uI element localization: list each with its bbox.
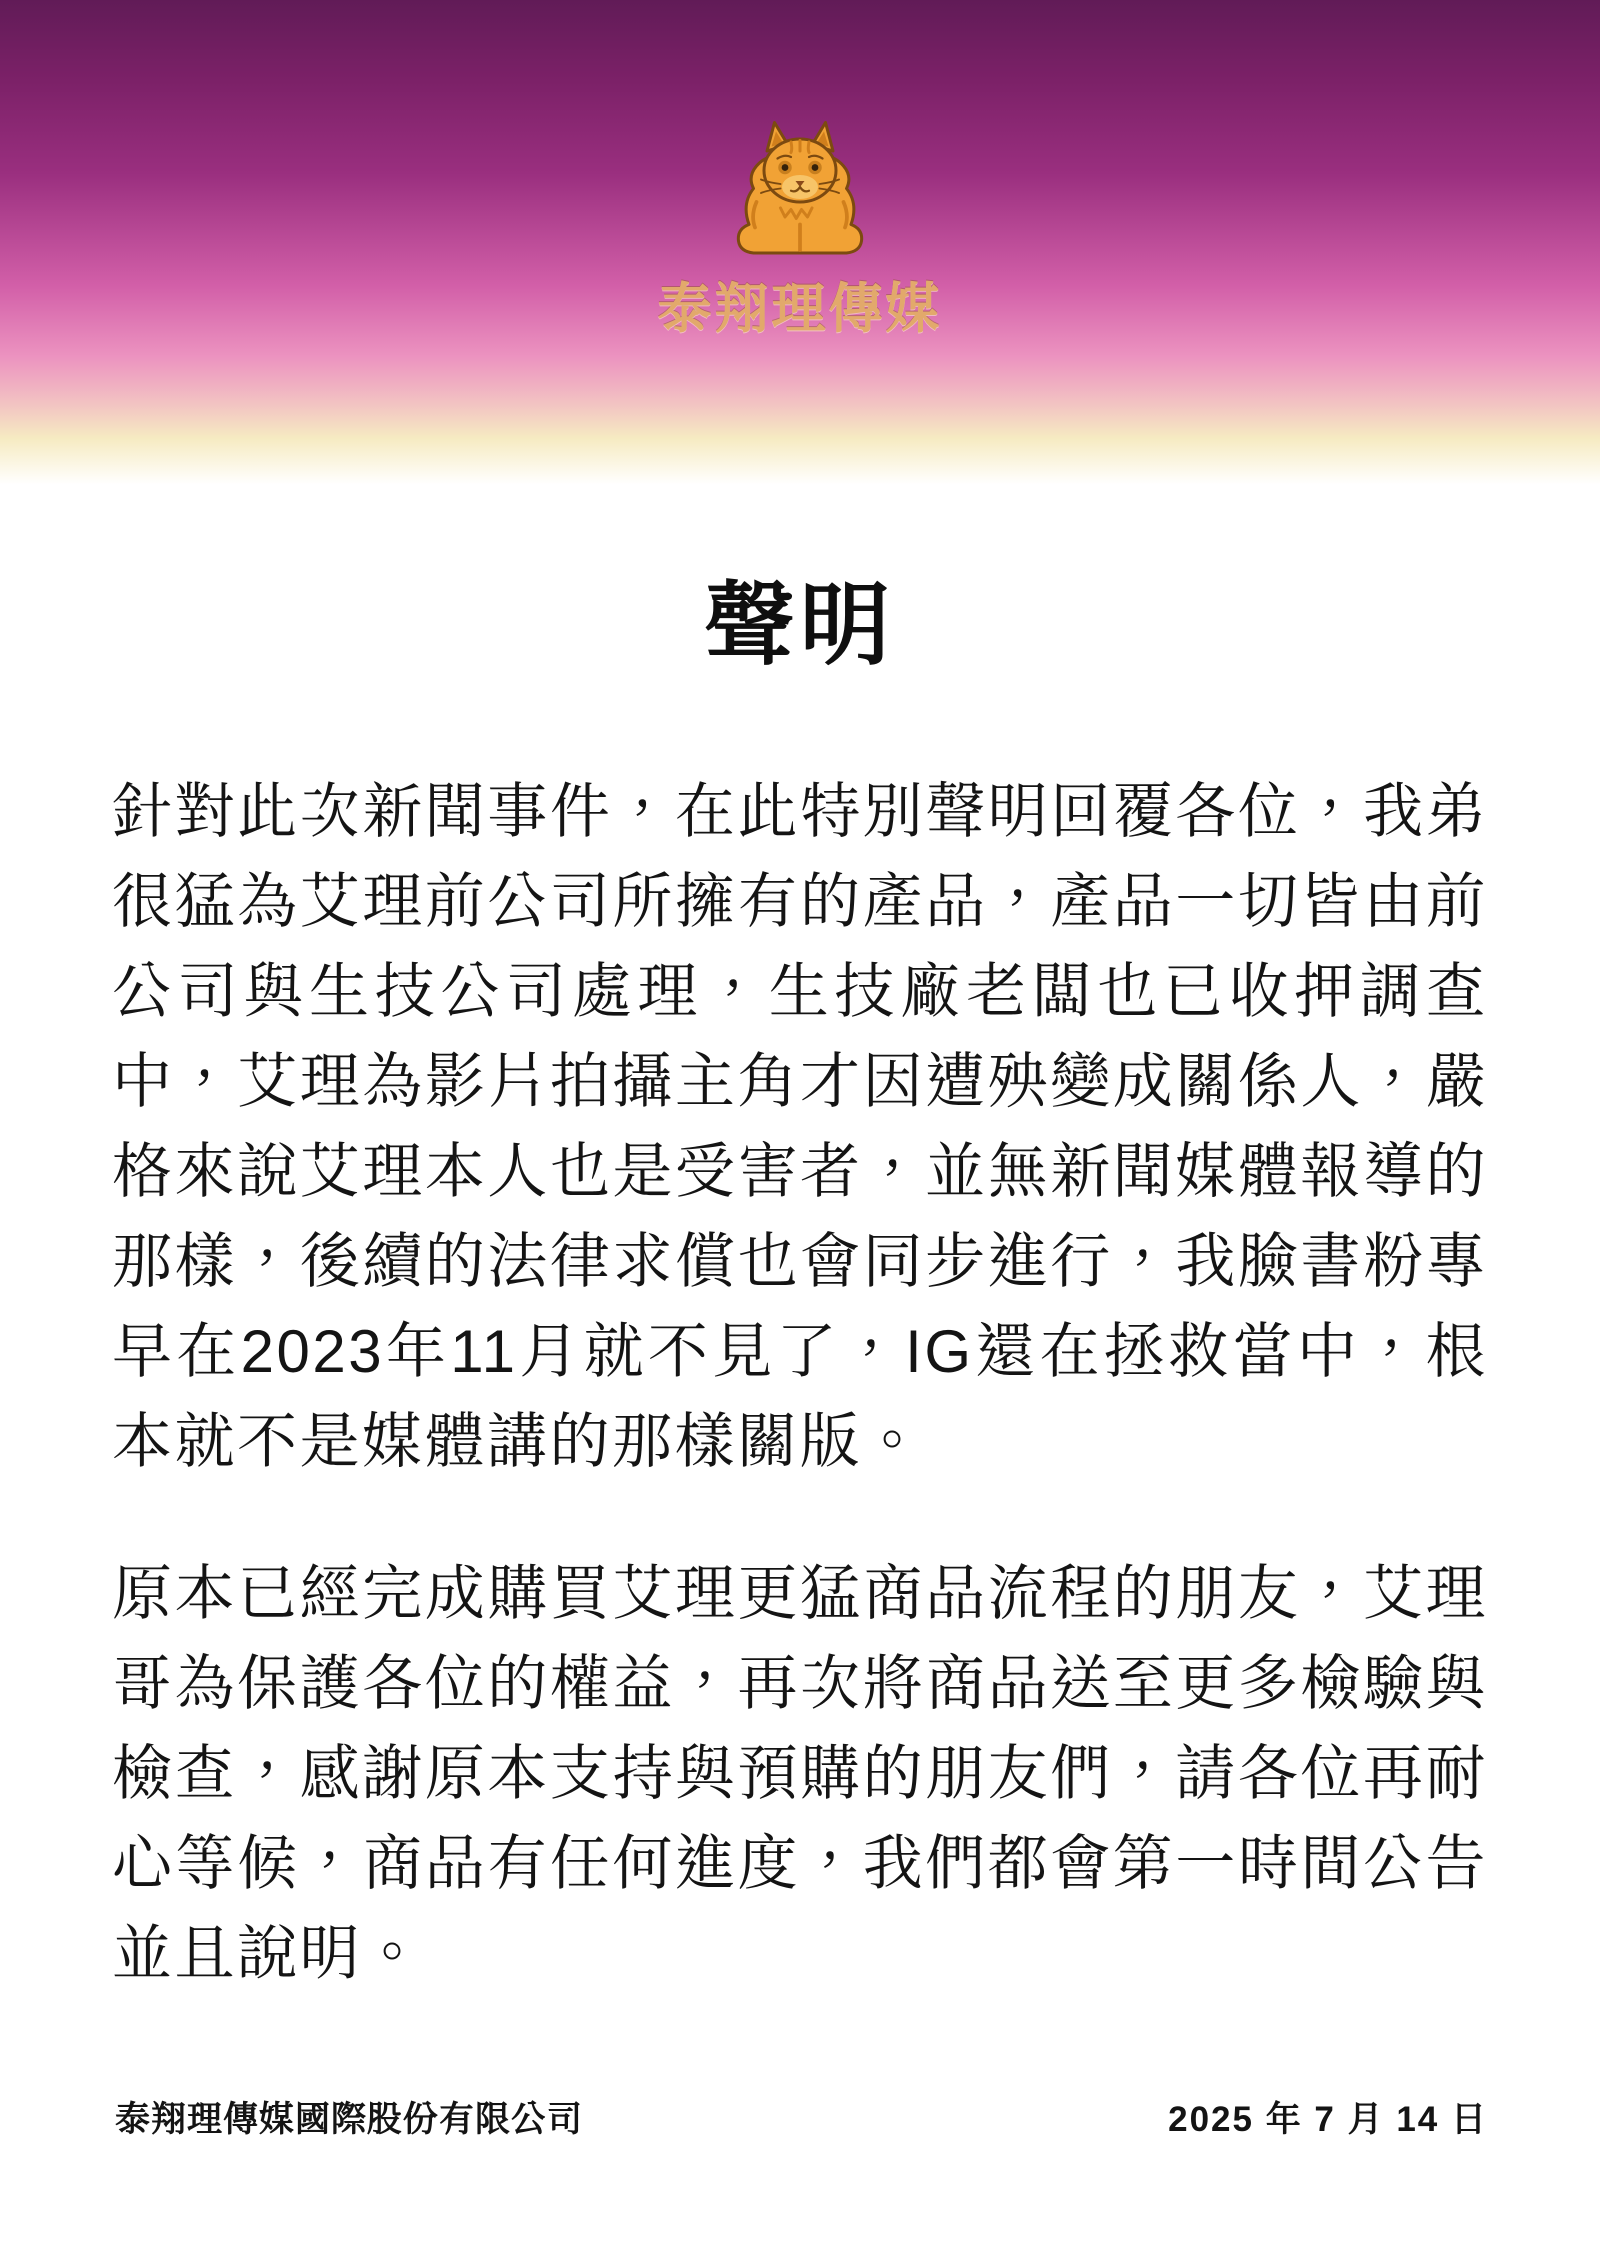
statement-date: 2025 年 7 月 14 日 [1168,2092,1488,2142]
company-name: 泰翔理傳媒國際股份有限公司 [115,2092,583,2142]
statement-title: 聲明 [0,576,1600,677]
statement-body: 針對此次新聞事件，在此特別聲明回覆各位，我弟很猛為艾理前公司所擁有的產品，產品一… [0,767,1600,1999]
statement-footer: 泰翔理傳媒國際股份有限公司 2025 年 7 月 14 日 [0,2092,1600,2142]
company-logo: 泰翔理傳媒 [658,112,943,343]
header-banner: 泰翔理傳媒 [0,0,1600,510]
statement-paragraph-1: 針對此次新聞事件，在此特別聲明回覆各位，我弟很猛為艾理前公司所擁有的產品，產品一… [112,767,1488,1487]
statement-paragraph-2: 原本已經完成購買艾理更猛商品流程的朋友，艾理哥為保護各位的權益，再次將商品送至更… [112,1549,1488,1999]
logo-wordmark: 泰翔理傳媒 [658,266,943,343]
cat-icon [715,112,885,262]
statement-page: { "header": { "logo_icon": "cat-icon", "… [0,0,1600,2246]
